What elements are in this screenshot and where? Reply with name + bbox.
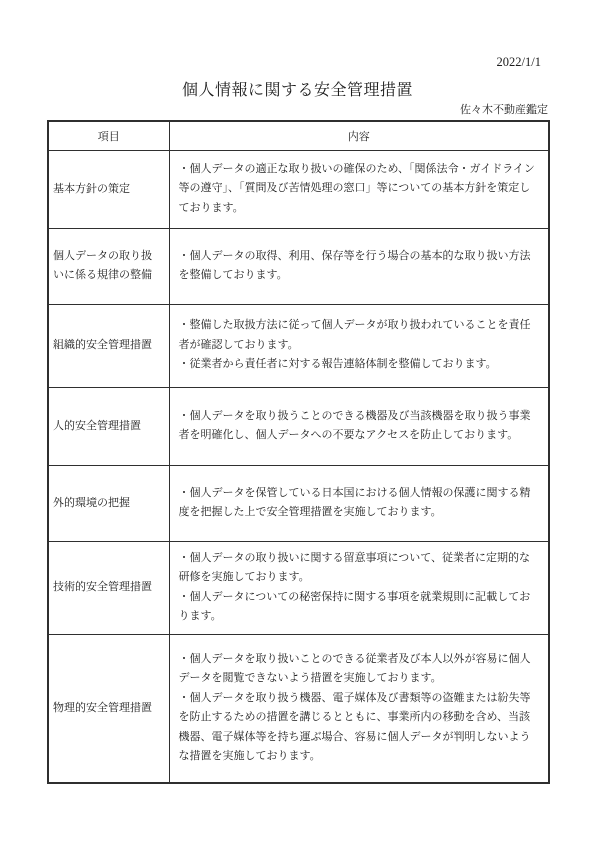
row-item-cell: 組織的安全管理措置	[48, 304, 169, 387]
row-item-label: 人的安全管理措置	[53, 420, 141, 432]
content-bullet: ・個人データの適正な取り扱いの確保のため、「関係法令・ガイドライン等の遵守」、「…	[179, 160, 541, 219]
row-item-cell: 基本方針の策定	[48, 150, 169, 228]
document-author: 佐々木不動産鑑定	[460, 101, 548, 117]
row-content-cell: ・個人データを取り扱いことのできる従業者及び本人以外が容易に個人データを閲覧でき…	[169, 634, 549, 783]
column-header-content: 内容	[169, 121, 549, 150]
document-page: 2022/1/1 個人情報に関する安全管理措置 佐々木不動産鑑定 項目 内容 基…	[0, 0, 595, 841]
row-item-label: 基本方針の策定	[53, 183, 130, 195]
row-item-cell: 外的環境の把握	[48, 465, 169, 541]
table-row: 個人データの取り扱いに係る規律の整備 ・個人データの取得、利用、保存等を行う場合…	[48, 228, 549, 304]
content-bullet: ・従業者から責任者に対する報告連絡体制を整備しております。	[179, 355, 541, 375]
row-item-cell: 人的安全管理措置	[48, 387, 169, 465]
table-row: 物理的安全管理措置 ・個人データを取り扱いことのできる従業者及び本人以外が容易に…	[48, 634, 549, 783]
content-bullet: ・個人データを取り扱いことのできる従業者及び本人以外が容易に個人データを閲覧でき…	[179, 650, 541, 689]
security-measures-table: 項目 内容 基本方針の策定 ・個人データの適正な取り扱いの確保のため、「関係法令…	[47, 120, 550, 784]
row-item-label: 組織的安全管理措置	[53, 339, 152, 351]
column-header-item: 項目	[48, 121, 169, 150]
content-bullet: ・個人データを保管している日本国における個人情報の保護に関する精度を把握した上で…	[179, 484, 541, 523]
row-item-cell: 技術的安全管理措置	[48, 541, 169, 634]
row-item-cell: 物理的安全管理措置	[48, 634, 169, 783]
row-content-cell: ・個人データの取得、利用、保存等を行う場合の基本的な取り扱い方法を整備しておりま…	[169, 228, 549, 304]
table-row: 組織的安全管理措置 ・整備した取扱方法に従って個人データが取り扱われていることを…	[48, 304, 549, 387]
row-item-cell: 個人データの取り扱いに係る規律の整備	[48, 228, 169, 304]
row-item-label: 物理的安全管理措置	[53, 702, 152, 714]
table-row: 外的環境の把握 ・個人データを保管している日本国における個人情報の保護に関する精…	[48, 465, 549, 541]
content-bullet: ・個人データについての秘密保持に関する事項を就業規則に記載しております。	[179, 588, 541, 627]
content-bullet: ・個人データの取り扱いに関する留意事項について、従業者に定期的な研修を実施してお…	[179, 549, 541, 588]
row-content-cell: ・個人データを取り扱うことのできる機器及び当該機器を取り扱う事業者を明確化し、個…	[169, 387, 549, 465]
row-content-cell: ・個人データの適正な取り扱いの確保のため、「関係法令・ガイドライン等の遵守」、「…	[169, 150, 549, 228]
row-item-label: 技術的安全管理措置	[53, 581, 152, 593]
row-content-cell: ・整備した取扱方法に従って個人データが取り扱われていることを責任者が確認しており…	[169, 304, 549, 387]
row-content-cell: ・個人データを保管している日本国における個人情報の保護に関する精度を把握した上で…	[169, 465, 549, 541]
content-bullet: ・整備した取扱方法に従って個人データが取り扱われていることを責任者が確認しており…	[179, 316, 541, 355]
document-date: 2022/1/1	[497, 55, 541, 70]
row-content-cell: ・個人データの取り扱いに関する留意事項について、従業者に定期的な研修を実施してお…	[169, 541, 549, 634]
table-header-row: 項目 内容	[48, 121, 549, 150]
table-row: 技術的安全管理措置 ・個人データの取り扱いに関する留意事項について、従業者に定期…	[48, 541, 549, 634]
table-row: 基本方針の策定 ・個人データの適正な取り扱いの確保のため、「関係法令・ガイドライ…	[48, 150, 549, 228]
table-row: 人的安全管理措置 ・個人データを取り扱うことのできる機器及び当該機器を取り扱う事…	[48, 387, 549, 465]
content-bullet: ・個人データを取り扱うことのできる機器及び当該機器を取り扱う事業者を明確化し、個…	[179, 407, 541, 446]
content-bullet: ・個人データの取得、利用、保存等を行う場合の基本的な取り扱い方法を整備しておりま…	[179, 247, 541, 286]
row-item-label: 外的環境の把握	[53, 497, 130, 509]
row-item-label: 個人データの取り扱いに係る規律の整備	[53, 250, 152, 281]
content-bullet: ・個人データを取り扱う機器、電子媒体及び書類等の盗難または紛失等を防止するための…	[179, 689, 541, 767]
page-title: 個人情報に関する安全管理措置	[0, 77, 595, 100]
